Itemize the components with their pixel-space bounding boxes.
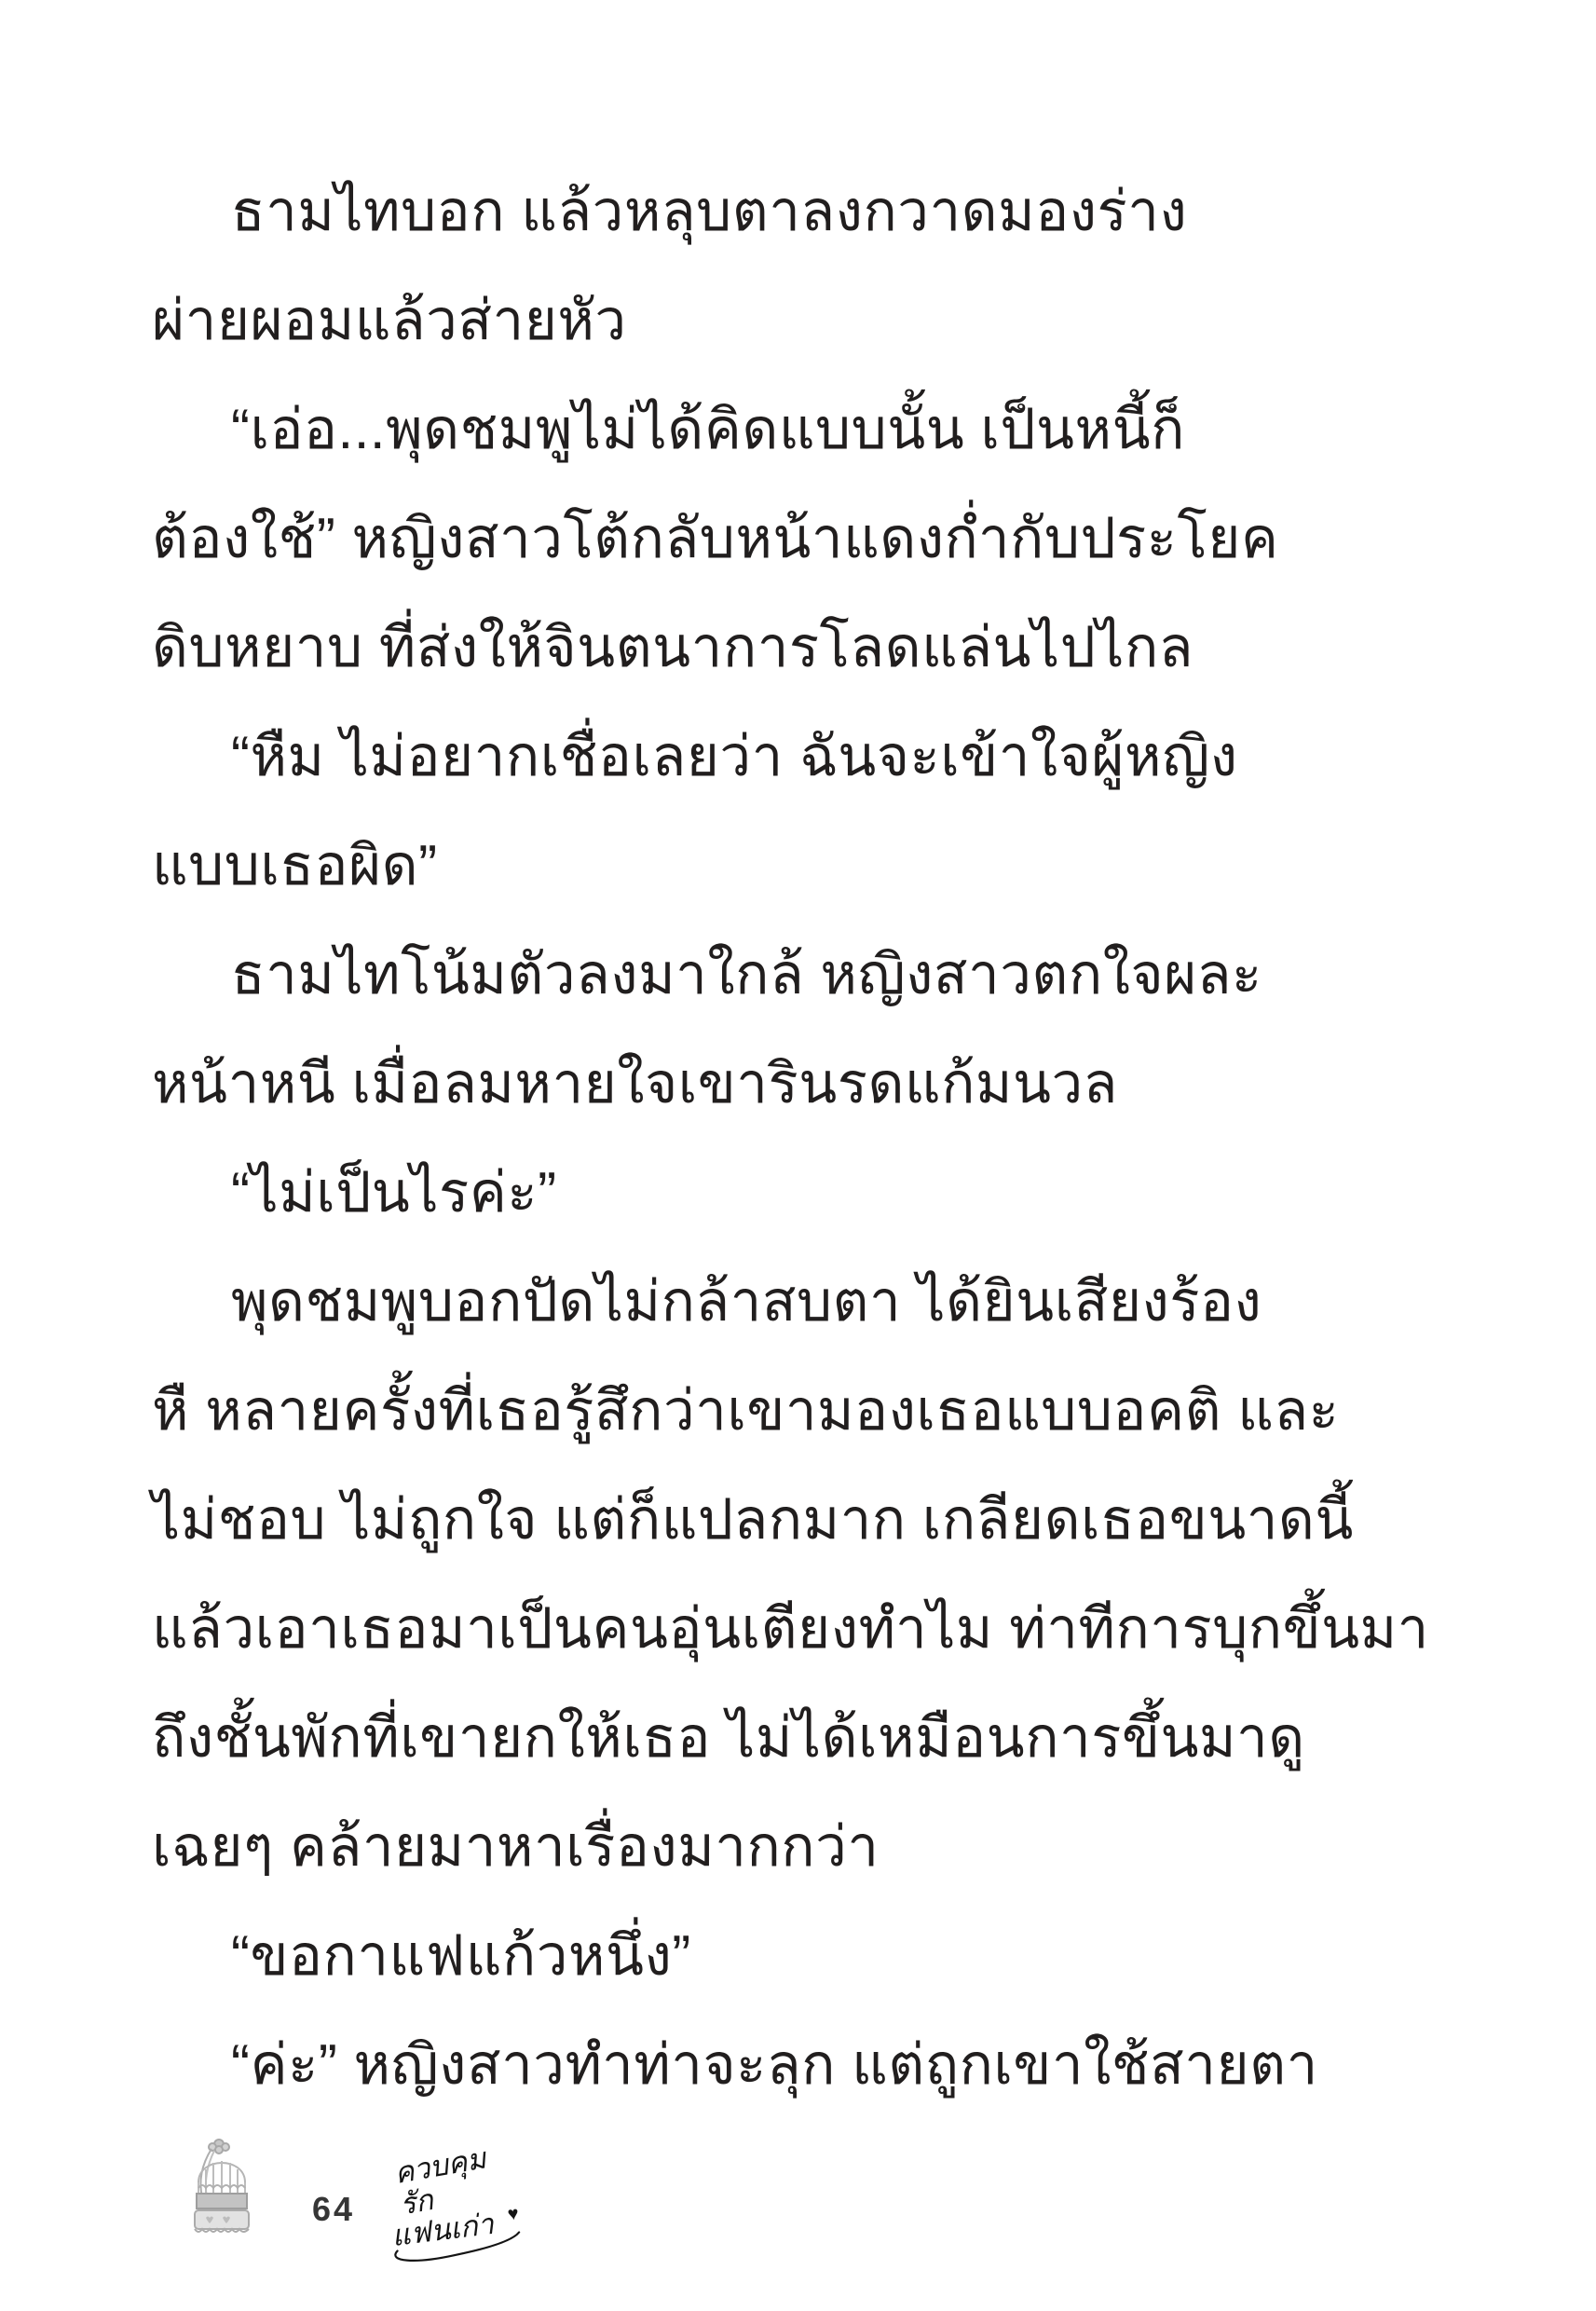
body-line-17: “ขอกาแฟแก้วหนึ่ง”	[152, 1901, 1456, 2010]
body-line-10: “ไม่เป็นไรค่ะ”	[152, 1138, 1456, 1247]
body-text: ธามไทบอก แล้วหลุบตาลงกวาดมองร่าง ผ่ายผอม…	[152, 157, 1456, 2119]
body-line-11: พุดชมพูบอกปัดไม่กล้าสบตา ได้ยินเสียงร้อง	[152, 1247, 1456, 1356]
body-line-16: เฉยๆ คล้ายมาหาเรื่องมากกว่า	[152, 1792, 1456, 1901]
body-line-18: “ค่ะ” หญิงสาวทำท่าจะลุก แต่ถูกเขาใช้สายต…	[152, 2010, 1456, 2119]
page-number: 64	[296, 2190, 371, 2229]
body-line-4: ต้องใช้” หญิงสาวโต้กลับหน้าแดงก่ำกับประโ…	[152, 484, 1456, 593]
body-line-15: ถึงชั้นพักที่เขายกให้เธอ ไม่ได้เหมือนการ…	[152, 1683, 1456, 1792]
body-line-3: “เอ่อ...พุดชมพูไม่ได้คิดแบบนั้น เป็นหนี้…	[152, 375, 1456, 484]
book-title-logo: ควบคุมรัก แฟนเก่า ♥	[376, 2140, 527, 2254]
body-line-12: หื หลายครั้งที่เธอรู้สึกว่าเขามองเธอแบบอ…	[152, 1356, 1456, 1465]
body-line-8: ธามไทโน้มตัวลงมาใกล้ หญิงสาวตกใจผละ	[152, 920, 1456, 1029]
page-footer: 64 ควบคุมรัก แฟนเก่า ♥	[0, 2132, 1596, 2253]
birdcage-icon	[189, 2136, 254, 2240]
body-line-9: หน้าหนี เมื่อลมหายใจเขารินรดแก้มนวล	[152, 1029, 1456, 1138]
body-line-5: ดิบหยาบ ที่ส่งให้จินตนาการโลดแล่นไปไกล	[152, 593, 1456, 702]
body-line-6: “หืม ไม่อยากเชื่อเลยว่า ฉันจะเข้าใจผู้หญ…	[152, 702, 1456, 811]
body-line-14: แล้วเอาเธอมาเป็นคนอุ่นเตียงทำไม ท่าทีการ…	[152, 1574, 1456, 1683]
body-line-1: ธามไทบอก แล้วหลุบตาลงกวาดมองร่าง	[152, 157, 1456, 266]
body-line-7: แบบเธอผิด”	[152, 811, 1456, 920]
book-page: ธามไทบอก แล้วหลุบตาลงกวาดมองร่าง ผ่ายผอม…	[0, 0, 1596, 2311]
body-line-2: ผ่ายผอมแล้วส่ายหัว	[152, 266, 1456, 375]
body-line-13: ไม่ชอบ ไม่ถูกใจ แต่ก็แปลกมาก เกลียดเธอขน…	[152, 1465, 1456, 1574]
